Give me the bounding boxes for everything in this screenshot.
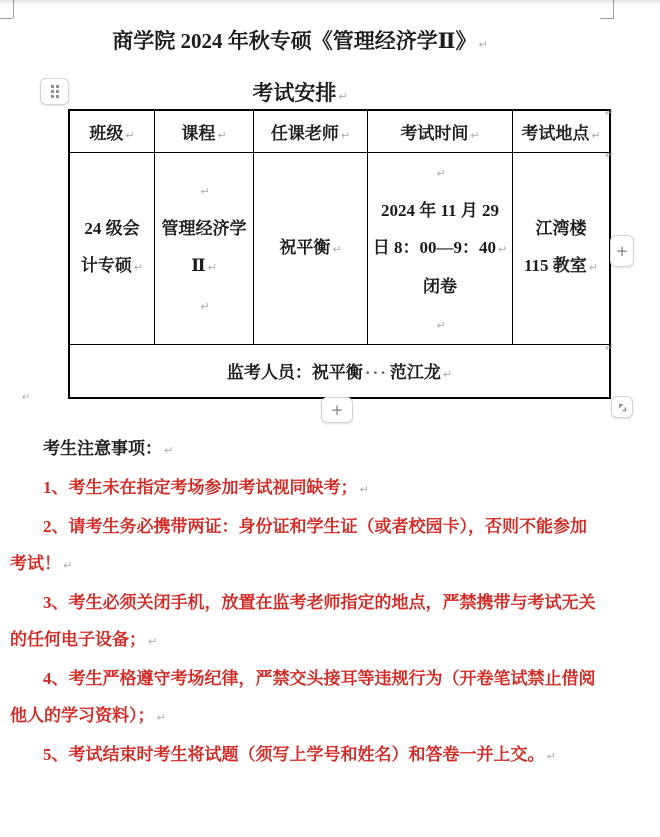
paragraph-mark-icon: [155, 706, 166, 725]
table-footer-row: 监考人员：祝平衡···范江龙: [69, 344, 610, 398]
paragraph-mark-icon: [198, 295, 209, 314]
paragraph-mark-icon: [589, 124, 600, 143]
row-end-mark-icon: ↵: [605, 343, 613, 354]
notes-heading[interactable]: 考生注意事项：: [10, 430, 602, 469]
note-item-5[interactable]: 5、考试结束时考生将试题（须写上学号和姓名）和答卷一并上交。: [10, 736, 602, 775]
cell-teacher[interactable]: 祝平衡: [254, 152, 368, 344]
paragraph-mark-icon: [434, 314, 445, 333]
paragraph-mark-icon: [198, 180, 209, 199]
title-line-1[interactable]: 商学院 2024 年秋专硕《管理经济学Ⅱ》: [0, 17, 600, 69]
cell-class[interactable]: 24 级会 计专硕: [69, 152, 155, 344]
paragraph-mark-icon: [330, 238, 341, 257]
table-data-row: 24 级会 计专硕 管理经济学 Ⅱ 祝平衡: [69, 152, 610, 344]
grid-dots-icon: [51, 85, 59, 98]
paragraph-mark-icon: [132, 256, 143, 275]
note-item-2[interactable]: 2、请考生务必携带两证：身份证和学生证（或者校园卡），否则不能参加考试！: [10, 508, 602, 584]
resize-diagonal-icon: [616, 401, 628, 413]
note-item-3[interactable]: 3、考生必须关闭手机，放置在监考老师指定的地点，严禁携带与考试无关的任何电子设备…: [10, 584, 602, 660]
paragraph-mark-icon: [146, 630, 157, 649]
plus-icon: +: [616, 242, 629, 260]
paragraph-mark-icon: [496, 238, 507, 257]
cell-proctors[interactable]: 监考人员：祝平衡···范江龙: [69, 344, 610, 398]
table-select-handle-button[interactable]: [40, 78, 69, 105]
paragraph-mark-icon: [587, 256, 598, 275]
page-top-shadow: [0, 0, 660, 6]
paragraph-mark-icon: [358, 478, 369, 497]
cell-time[interactable]: 2024 年 11 月 29 日 8：00—9：40 闭卷: [368, 152, 513, 344]
document-title[interactable]: 商学院 2024 年秋专硕《管理经济学Ⅱ》 考试安排: [0, 17, 600, 121]
paragraph-mark-icon: [441, 363, 452, 382]
header-cell-teacher[interactable]: 任课老师: [254, 110, 368, 152]
header-cell-location[interactable]: 考试地点: [513, 110, 611, 152]
paragraph-mark-icon: [339, 124, 350, 143]
header-cell-course[interactable]: 课程: [155, 110, 254, 152]
exam-table: 班级 课程 任课老师 考试时间 考试地点 24 级会 计专硕 管理经济学: [68, 109, 611, 399]
table-resize-button[interactable]: [611, 396, 633, 418]
add-row-button[interactable]: +: [321, 397, 353, 423]
table-header-row: 班级 课程 任课老师 考试时间 考试地点: [69, 110, 610, 152]
note-item-1[interactable]: 1、考生未在指定考场参加考试视同缺考；: [10, 469, 602, 508]
space-marks: ···: [365, 363, 388, 382]
header-cell-class[interactable]: 班级: [69, 110, 155, 152]
paragraph-mark-icon: [123, 124, 134, 143]
header-cell-time[interactable]: 考试时间: [368, 110, 513, 152]
paragraph-mark-icon: [468, 124, 479, 143]
paragraph-mark-icon: [215, 124, 226, 143]
paragraph-mark-icon: [162, 439, 173, 458]
paragraph-mark-icon: [545, 745, 556, 764]
paragraph-mark-icon: [476, 29, 487, 53]
paragraph-mark-icon: [434, 162, 445, 181]
paragraph-mark-icon: ↵: [22, 392, 30, 403]
document-page: 商学院 2024 年秋专硕《管理经济学Ⅱ》 考试安排 班级 课程 任课老师 考试…: [0, 0, 660, 837]
paragraph-mark-icon: [61, 554, 72, 573]
paragraph-mark-icon: [206, 256, 217, 275]
plus-icon: +: [331, 401, 344, 419]
add-column-button[interactable]: +: [610, 235, 634, 267]
note-item-4[interactable]: 4、考生严格遵守考场纪律，严禁交头接耳等违规行为（开卷笔试禁止借阅他人的学习资料…: [10, 660, 602, 736]
notes-section: 考生注意事项： 1、考生未在指定考场参加考试视同缺考； 2、请考生务必携带两证：…: [10, 430, 602, 775]
paragraph-mark-icon: [336, 81, 347, 105]
cell-course[interactable]: 管理经济学 Ⅱ: [155, 152, 254, 344]
cell-location[interactable]: 江湾楼 115 教室: [513, 152, 611, 344]
row-end-mark-icon: ↵: [605, 108, 613, 119]
row-end-mark-icon: ↵: [605, 150, 613, 161]
